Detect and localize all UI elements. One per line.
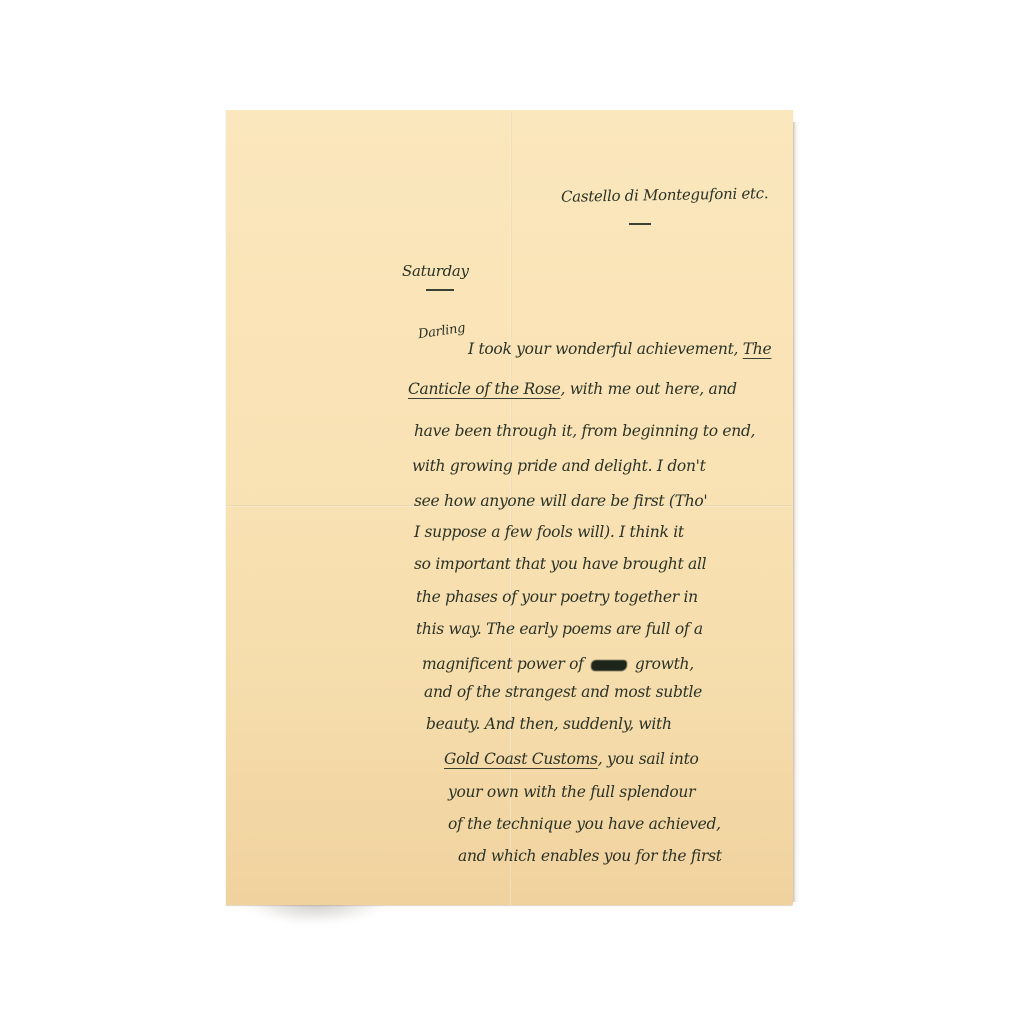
line-text: magnificent power of <box>422 655 588 673</box>
letter-line: I took your wonderful achievement, The <box>468 340 771 358</box>
letter-line: of the technique you have achieved, <box>448 815 721 833</box>
paper-edge-shadow <box>792 122 800 902</box>
letter-line: Canticle of the Rose, with me out here, … <box>408 380 737 398</box>
book-title: Canticle of the Rose <box>408 380 560 398</box>
book-title-part: The <box>743 340 772 358</box>
line-text: , you sail into <box>598 750 699 768</box>
salutation: Darling <box>417 321 466 342</box>
letter-line: I suppose a few fools will). I think it <box>414 523 684 541</box>
letter-page: Castello di Montegufoni etc. Saturday Da… <box>226 110 793 905</box>
letter-line: magnificent power of growth, <box>422 655 694 673</box>
letter-line: with growing pride and delight. I don't <box>412 457 706 475</box>
ink-blot-icon <box>591 660 627 671</box>
letter-line: Gold Coast Customs, you sail into <box>444 750 699 768</box>
letter-line: and which enables you for the first <box>458 847 722 865</box>
letter-line: beauty. And then, suddenly, with <box>426 715 672 733</box>
letter-line: have been through it, from beginning to … <box>414 422 755 440</box>
letterhead-address: Castello di Montegufoni etc. <box>561 184 769 206</box>
letter-line: the phases of your poetry together in <box>416 588 698 606</box>
letter-line: this way. The early poems are full of a <box>416 620 703 638</box>
poem-title: Gold Coast Customs <box>444 750 598 768</box>
address-underline <box>629 223 651 225</box>
letter-line: so important that you have brought all <box>414 555 706 573</box>
letter-line: and of the strangest and most subtle <box>424 683 702 701</box>
letter-line: your own with the full splendour <box>448 783 695 801</box>
day-underline <box>426 289 454 291</box>
line-text: growth, <box>630 655 694 673</box>
line-text: I took your wonderful achievement, <box>468 340 743 358</box>
letter-date-day: Saturday <box>402 262 469 280</box>
line-text: , with me out here, and <box>560 380 736 398</box>
letter-line: see how anyone will dare be first (Tho' <box>414 492 707 510</box>
